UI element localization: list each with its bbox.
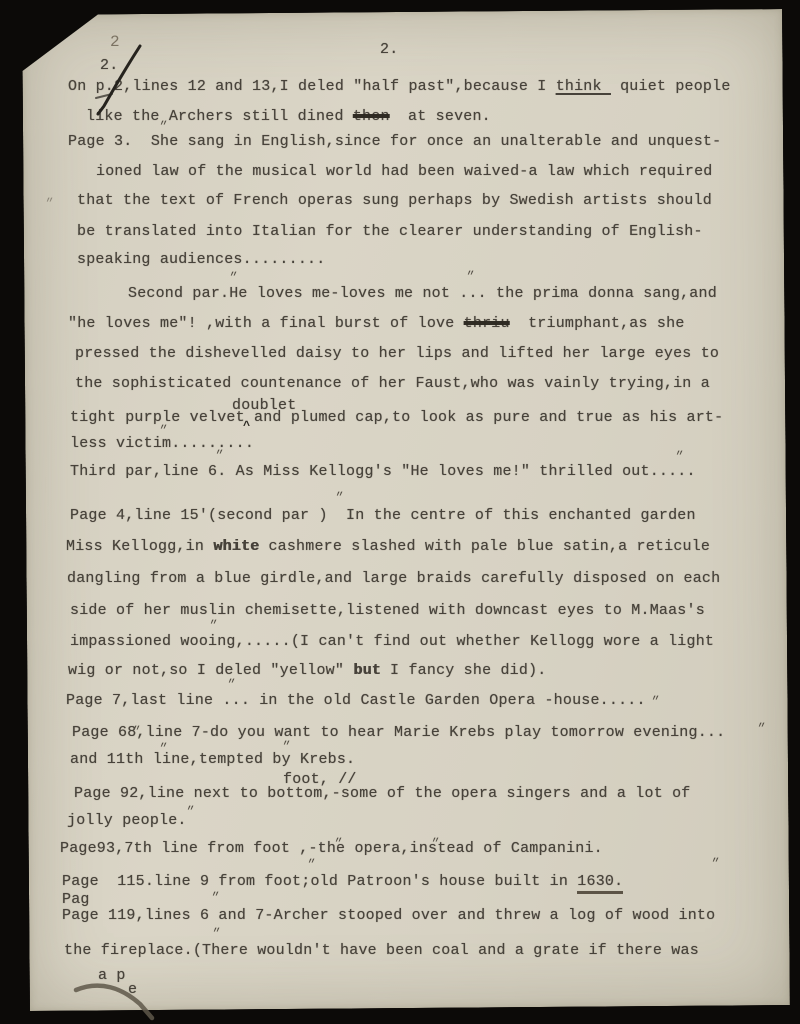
typed-text-layer: 22.2.On p.2,lines 12 and 13,I deled "hal…: [0, 0, 800, 1024]
text-segment: pressed the dishevelled daisy to her lip…: [75, 345, 719, 362]
text-segment: side of her muslin chemisette,listened w…: [70, 602, 705, 619]
text-segment: that the text of French operas sung perh…: [77, 192, 712, 209]
insertion-mark: ″: [332, 490, 343, 505]
insertion-mark: ″: [183, 804, 194, 819]
insertion-mark: ″: [708, 856, 719, 871]
text-line: the sophisticated countenance of her Fau…: [75, 374, 710, 394]
text-line: "he loves me"! ,with a final burst of lo…: [68, 314, 685, 334]
insertion-mark: ″: [463, 269, 474, 284]
insertion-mark: ″: [208, 890, 219, 905]
text-segment: Second par.He loves me-loves me not ... …: [128, 285, 717, 302]
text-line: Second par.He loves me-loves me not ... …: [128, 284, 717, 304]
text-line: the fireplace.(There wouldn't have been …: [64, 941, 699, 961]
bold-text: but: [353, 662, 381, 679]
page-number-center: 2.: [380, 40, 398, 60]
text-segment: Page 115.line 9 from foot;old Patroon's …: [62, 873, 577, 890]
text-line: Miss Kellogg,in white cashmere slashed w…: [66, 537, 710, 557]
text-line: impassioned wooing,.....(I can't find ou…: [70, 632, 714, 652]
text-line: Page 92,line next to bottom,-some of the…: [74, 784, 691, 804]
caret-insertion-mark: ^: [243, 419, 250, 433]
text-line: be translated into Italian for the clear…: [77, 222, 703, 242]
insertion-mark: ″: [224, 677, 235, 692]
text-segment: Page 92,line next to bottom,-some of the…: [74, 785, 691, 802]
text-segment: e: [128, 981, 137, 998]
text-line: Page 119,lines 6 and 7-Archer stooped ov…: [62, 906, 715, 926]
text-segment: cashmere slashed with pale blue satin,a …: [259, 538, 710, 555]
text-segment: I fancy she did).: [381, 662, 547, 679]
text-segment: ,lines 12 and 13,I deled "half past",bec…: [123, 78, 555, 95]
text-segment: wig or not,so I deled "yellow": [68, 662, 353, 679]
text-line: wig or not,so I deled "yellow" but I fan…: [68, 661, 547, 681]
text-line: side of her muslin chemisette,listened w…: [70, 601, 705, 621]
underline-text: think: [556, 78, 611, 95]
text-segment: Page 4,line 15'(second par ) In the cent…: [70, 507, 696, 524]
text-segment: 2.: [380, 41, 398, 58]
text-line: dangling from a blue girdle,and large br…: [67, 569, 720, 589]
text-line: speaking audiences.........: [77, 250, 325, 270]
text-line: On p.2,lines 12 and 13,I deled "half pas…: [68, 77, 731, 97]
text-segment: quiet people: [611, 78, 731, 95]
strike-text: then: [353, 108, 390, 125]
text-line: like the Archers still dined then at sev…: [86, 107, 491, 127]
page-number-typed: 2.: [100, 56, 118, 76]
page-number-pencil: 2: [110, 32, 120, 52]
text-segment: the sophisticated countenance of her Fau…: [75, 375, 710, 392]
text-segment: a p: [98, 967, 126, 984]
text-segment: the fireplace.(There wouldn't have been …: [64, 942, 699, 959]
text-segment: tight purple velvet and plumed cap,to lo…: [70, 409, 723, 426]
text-segment: like the Archers still dined: [86, 108, 353, 125]
text-segment: and 11th line,tempted by Krebs.: [70, 751, 355, 768]
text-line: Page 3. She sang in English,since for on…: [68, 132, 721, 152]
text-segment: "he loves me"! ,with a final burst of lo…: [68, 315, 464, 332]
text-segment: triumphant,as she: [510, 315, 685, 332]
text-segment: Page 68,line 7-do you want to hear Marie…: [72, 724, 725, 741]
text-segment: be translated into Italian for the clear…: [77, 223, 703, 240]
text-segment: Third par,line 6. As Miss Kellogg's "He …: [70, 463, 696, 480]
strike-text: thriu: [464, 315, 510, 332]
text-segment: Page 7,last line ... in the old Castle G…: [66, 692, 646, 709]
text-line: Page 7,last line ... in the old Castle G…: [66, 691, 646, 711]
text-segment: Page 3. She sang in English,since for on…: [68, 133, 721, 150]
insertion-mark: ″: [226, 270, 237, 285]
insertion-mark: ″: [304, 857, 315, 872]
text-segment: Miss Kellogg,in: [66, 538, 213, 555]
text-line: pressed the dishevelled daisy to her lip…: [75, 344, 719, 364]
text-segment: ioned law of the musical world had been …: [96, 163, 713, 180]
text-line: and 11th line,tempted by Krebs.: [70, 750, 355, 770]
text-segment: impassioned wooing,.....(I can't find ou…: [70, 633, 714, 650]
text-segment: 2.: [100, 57, 118, 74]
text-line: ioned law of the musical world had been …: [96, 162, 713, 182]
text-segment: 2: [110, 33, 120, 51]
text-line: Third par,line 6. As Miss Kellogg's "He …: [70, 462, 696, 482]
insertion-mark: ″: [754, 721, 765, 736]
text-segment: dangling from a blue girdle,and large br…: [67, 570, 720, 587]
text-segment: Page 119,lines 6 and 7-Archer stooped ov…: [62, 907, 715, 924]
text-line: jolly people.: [67, 811, 187, 831]
insertion-mark: ″: [42, 196, 53, 211]
text-line: Page 68,line 7-do you want to hear Marie…: [72, 723, 725, 743]
insertion-mark: ″: [212, 448, 223, 463]
typed-fragment: e: [128, 980, 137, 1000]
insertion-mark: ″: [209, 926, 220, 941]
u2-text: 1630.: [577, 873, 623, 894]
insertion-mark: ″: [648, 694, 659, 709]
typed-fragment: a p: [98, 966, 126, 986]
text-segment: speaking audiences.........: [77, 251, 325, 268]
text-segment: jolly people.: [67, 812, 187, 829]
text-line: that the text of French operas sung perh…: [77, 191, 712, 211]
text-line: Page 115.line 9 from foot;old Patroon's …: [62, 872, 623, 892]
insertion-mark: ″: [206, 618, 217, 633]
text-segment: On p.: [68, 78, 114, 95]
text-line: Page 4,line 15'(second par ) In the cent…: [70, 506, 696, 526]
text-line: tight purple velvet and plumed cap,to lo…: [70, 408, 723, 428]
text-segment: at seven.: [390, 108, 491, 125]
bold-text: white: [213, 538, 259, 555]
slashed-text: 2: [114, 78, 123, 95]
